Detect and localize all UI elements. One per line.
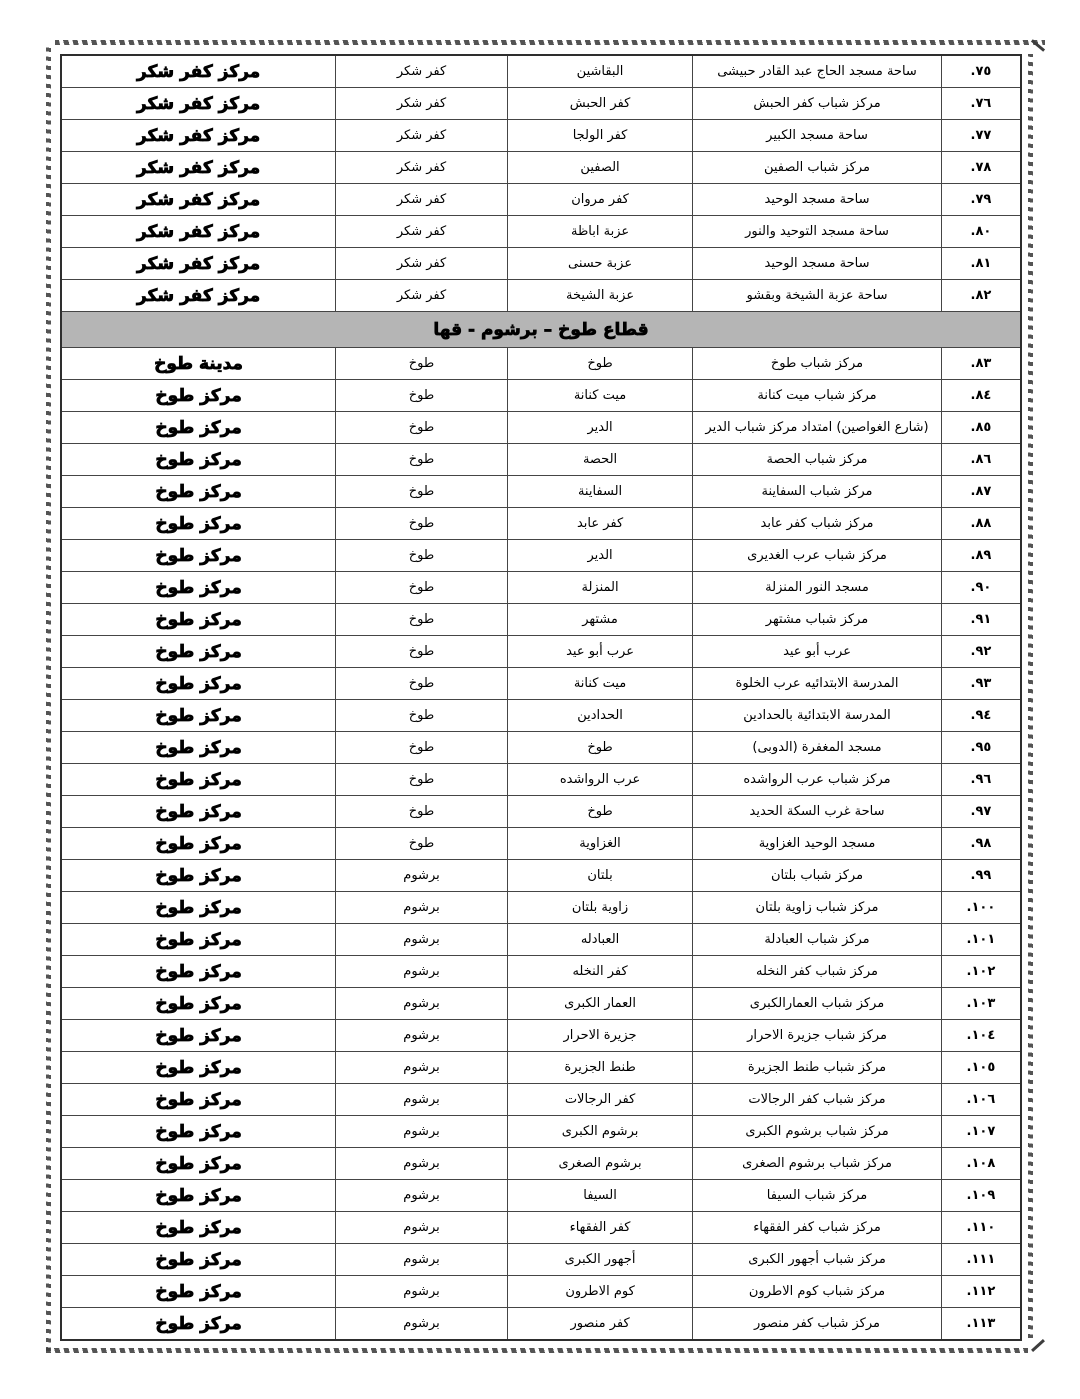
- cell-venue: مركز شباب جزيرة الاحرار: [693, 1020, 942, 1052]
- cell-center: مركز طوخ: [61, 860, 336, 892]
- cell-village: كفر الولجا: [507, 120, 692, 152]
- table-row: ١٠٤.مركز شباب جزيرة الاحرارجزيرة الاحرار…: [61, 1020, 1021, 1052]
- section-header-label: قطاع طوخ – برشوم - قها: [61, 312, 1021, 348]
- table-row: ٧٦.مركز شباب كفر الحبشكفر الحبشكفر شكرمر…: [61, 88, 1021, 120]
- cell-district: طوخ: [336, 476, 508, 508]
- cell-village: عزبة اباظة: [507, 216, 692, 248]
- cell-district: برشوم: [336, 988, 508, 1020]
- frame-border-right: [1028, 54, 1033, 1338]
- cell-village: العمار الكبرى: [507, 988, 692, 1020]
- cell-number: ٨٢.: [941, 280, 1021, 312]
- cell-number: ٨٣.: [941, 348, 1021, 380]
- cell-number: ١٠١.: [941, 924, 1021, 956]
- table-row: ٩٧.ساحة غرب السكة الحديدطوخطوخمركز طوخ: [61, 796, 1021, 828]
- cell-center: مركز طوخ: [61, 1084, 336, 1116]
- cell-village: ميت كنانة: [507, 668, 692, 700]
- table-row: ١٠٥.مركز شباب طنط الجزيرةطنط الجزيرةبرشو…: [61, 1052, 1021, 1084]
- cell-village: الدير: [507, 540, 692, 572]
- cell-village: العبادله: [507, 924, 692, 956]
- table-row: ٨٩.مركز شباب عرب الغديرىالديرطوخمركز طوخ: [61, 540, 1021, 572]
- cell-center: مركز طوخ: [61, 380, 336, 412]
- cell-district: برشوم: [336, 1276, 508, 1308]
- cell-center: مركز طوخ: [61, 924, 336, 956]
- cell-village: عزبة الشيخة: [507, 280, 692, 312]
- cell-number: ١٠٤.: [941, 1020, 1021, 1052]
- cell-village: السفاينة: [507, 476, 692, 508]
- cell-district: برشوم: [336, 924, 508, 956]
- cell-center: مركز كفر شكر: [61, 280, 336, 312]
- cell-number: ١٠٨.: [941, 1148, 1021, 1180]
- polling-centers-table: ٧٥.ساحة مسجد الحاج عبد القادر حبيشىالبقا…: [60, 54, 1022, 1341]
- cell-venue: مركز شباب كوم الاطرون: [693, 1276, 942, 1308]
- cell-district: برشوم: [336, 1020, 508, 1052]
- table-row: ٧٥.ساحة مسجد الحاج عبد القادر حبيشىالبقا…: [61, 55, 1021, 88]
- cell-district: كفر شكر: [336, 152, 508, 184]
- cell-center: مركز طوخ: [61, 956, 336, 988]
- cell-number: ٨٥.: [941, 412, 1021, 444]
- cell-number: ٨٧.: [941, 476, 1021, 508]
- table-row: ٩٤.المدرسة الابتدائية بالحدادينالحدادينط…: [61, 700, 1021, 732]
- cell-district: طوخ: [336, 444, 508, 476]
- cell-number: ١٠٥.: [941, 1052, 1021, 1084]
- cell-center: مركز طوخ: [61, 1052, 336, 1084]
- cell-venue: ساحة مسجد الكبير: [693, 120, 942, 152]
- cell-district: طوخ: [336, 828, 508, 860]
- cell-venue: مركز شباب كفر الحبش: [693, 88, 942, 120]
- cell-district: برشوم: [336, 1180, 508, 1212]
- cell-number: ٩٤.: [941, 700, 1021, 732]
- table-row: ٩٩.مركز شباب بلتانبلتانبرشوممركز طوخ: [61, 860, 1021, 892]
- cell-village: طنط الجزيرة: [507, 1052, 692, 1084]
- cell-district: طوخ: [336, 572, 508, 604]
- cell-number: ٧٩.: [941, 184, 1021, 216]
- cell-center: مركز طوخ: [61, 1212, 336, 1244]
- table-row: ٨١.ساحة مسجد الوحيدعزبة حسنىكفر شكرمركز …: [61, 248, 1021, 280]
- cell-venue: مركز شباب السفاينة: [693, 476, 942, 508]
- cell-center: مركز طوخ: [61, 892, 336, 924]
- cell-district: طوخ: [336, 380, 508, 412]
- cell-village: كفر منصور: [507, 1308, 692, 1341]
- table-row: ٨٠.ساحة مسجد التوحيد والنورعزبة اباظةكفر…: [61, 216, 1021, 248]
- cell-center: مركز طوخ: [61, 1308, 336, 1341]
- table-row: ١٠٢.مركز شباب كفر النخلهكفر النخلهبرشومم…: [61, 956, 1021, 988]
- cell-district: طوخ: [336, 412, 508, 444]
- cell-center: مركز طوخ: [61, 1116, 336, 1148]
- cell-center: مركز طوخ: [61, 1148, 336, 1180]
- cell-district: برشوم: [336, 1244, 508, 1276]
- cell-district: برشوم: [336, 956, 508, 988]
- cell-center: مركز طوخ: [61, 796, 336, 828]
- cell-village: الدير: [507, 412, 692, 444]
- cell-venue: عرب أبو عيد: [693, 636, 942, 668]
- cell-district: طوخ: [336, 700, 508, 732]
- cell-center: مركز طوخ: [61, 412, 336, 444]
- cell-venue: مركز شباب كفر عابد: [693, 508, 942, 540]
- cell-district: طوخ: [336, 764, 508, 796]
- cell-venue: مركز شباب أجهور الكبرى: [693, 1244, 942, 1276]
- cell-number: ٩٦.: [941, 764, 1021, 796]
- cell-number: ٩٧.: [941, 796, 1021, 828]
- cell-district: كفر شكر: [336, 55, 508, 88]
- cell-venue: (شارع الغواصين) امتداد مركز شباب الدير: [693, 412, 942, 444]
- cell-number: ٨١.: [941, 248, 1021, 280]
- cell-number: ٩٠.: [941, 572, 1021, 604]
- cell-village: الغزاوية: [507, 828, 692, 860]
- frame-border-left: [46, 45, 51, 1351]
- cell-number: ٩٥.: [941, 732, 1021, 764]
- cell-venue: مركز شباب السيفا: [693, 1180, 942, 1212]
- cell-district: برشوم: [336, 892, 508, 924]
- table-row: ٧٨.مركز شباب الصفينالصفينكفر شكرمركز كفر…: [61, 152, 1021, 184]
- cell-village: الحدادين: [507, 700, 692, 732]
- cell-center: مركز كفر شكر: [61, 184, 336, 216]
- cell-village: عرب أبو عيد: [507, 636, 692, 668]
- cell-district: طوخ: [336, 796, 508, 828]
- table-row: ١٠٣.مركز شباب العمارالكبرىالعمار الكبرىب…: [61, 988, 1021, 1020]
- cell-venue: مسجد الوحيد الغزاوية: [693, 828, 942, 860]
- table-row: ٩١.مركز شباب مشتهرمشتهرطوخمركز طوخ: [61, 604, 1021, 636]
- cell-center: مركز طوخ: [61, 764, 336, 796]
- cell-venue: مركز شباب كفر منصور: [693, 1308, 942, 1341]
- cell-village: برشوم الصغرى: [507, 1148, 692, 1180]
- cell-center: مركز طوخ: [61, 476, 336, 508]
- cell-venue: ساحة مسجد التوحيد والنور: [693, 216, 942, 248]
- cell-number: ٨٩.: [941, 540, 1021, 572]
- cell-village: كفر الحبش: [507, 88, 692, 120]
- cell-district: برشوم: [336, 860, 508, 892]
- frame-border-top: [55, 40, 1045, 45]
- cell-village: طوخ: [507, 348, 692, 380]
- cell-venue: المدرسة الابتدائيه عرب الخلوة: [693, 668, 942, 700]
- cell-center: مدينة طوخ: [61, 348, 336, 380]
- table-row: ٩٠.مسجد النور المنزلةالمنزلةطوخمركز طوخ: [61, 572, 1021, 604]
- cell-village: الصفين: [507, 152, 692, 184]
- cell-venue: مركز شباب كفر الفقهاء: [693, 1212, 942, 1244]
- cell-village: مشتهر: [507, 604, 692, 636]
- cell-number: ٩٨.: [941, 828, 1021, 860]
- cell-number: ٨٤.: [941, 380, 1021, 412]
- cell-village: السيفا: [507, 1180, 692, 1212]
- cell-district: برشوم: [336, 1084, 508, 1116]
- cell-venue: مركز شباب مشتهر: [693, 604, 942, 636]
- cell-venue: مركز شباب برشوم الصغرى: [693, 1148, 942, 1180]
- cell-number: ١٠٩.: [941, 1180, 1021, 1212]
- cell-center: مركز كفر شكر: [61, 55, 336, 88]
- table-row: ١٠٩.مركز شباب السيفاالسيفابرشوممركز طوخ: [61, 1180, 1021, 1212]
- table-row: ٩٣.المدرسة الابتدائيه عرب الخلوةميت كنان…: [61, 668, 1021, 700]
- cell-district: طوخ: [336, 732, 508, 764]
- cell-number: ٧٥.: [941, 55, 1021, 88]
- table-row: ١١٠.مركز شباب كفر الفقهاءكفر الفقهاءبرشو…: [61, 1212, 1021, 1244]
- cell-center: مركز طوخ: [61, 828, 336, 860]
- cell-village: برشوم الكبرى: [507, 1116, 692, 1148]
- cell-village: الحصة: [507, 444, 692, 476]
- table-row: ١٠١.مركز شباب العبادلةالعبادلهبرشوممركز …: [61, 924, 1021, 956]
- table-row: ٨٢.ساحة عزبة الشيخة وبقشوعزبة الشيخةكفر …: [61, 280, 1021, 312]
- cell-center: مركز طوخ: [61, 572, 336, 604]
- frame-corner-bottom-right: [1031, 1339, 1045, 1352]
- cell-venue: المدرسة الابتدائية بالحدادين: [693, 700, 942, 732]
- cell-center: مركز كفر شكر: [61, 152, 336, 184]
- cell-number: ٧٨.: [941, 152, 1021, 184]
- cell-number: ١١٠.: [941, 1212, 1021, 1244]
- cell-number: ١٠٢.: [941, 956, 1021, 988]
- table-row: ٨٥.(شارع الغواصين) امتداد مركز شباب الدي…: [61, 412, 1021, 444]
- table-row: ٨٤.مركز شباب ميت كنانةميت كنانةطوخمركز ط…: [61, 380, 1021, 412]
- cell-center: مركز كفر شكر: [61, 216, 336, 248]
- frame-border-bottom: [46, 1348, 1028, 1353]
- cell-number: ٧٦.: [941, 88, 1021, 120]
- cell-number: ١٠٦.: [941, 1084, 1021, 1116]
- cell-venue: مركز شباب كفر النخله: [693, 956, 942, 988]
- table-row: ١١٣.مركز شباب كفر منصوركفر منصوربرشوممرك…: [61, 1308, 1021, 1341]
- cell-district: برشوم: [336, 1212, 508, 1244]
- cell-center: مركز طوخ: [61, 1020, 336, 1052]
- cell-village: كفر الرجالات: [507, 1084, 692, 1116]
- table-row: ٨٦.مركز شباب الحصةالحصةطوخمركز طوخ: [61, 444, 1021, 476]
- cell-village: زاوية بلتان: [507, 892, 692, 924]
- scanned-document-page: { "styles": { "section_header_bg": "#b5b…: [0, 0, 1080, 1399]
- table-row: ١٠٧.مركز شباب برشوم الكبرىبرشوم الكبرىبر…: [61, 1116, 1021, 1148]
- table-row: ٨٣.مركز شباب طوخطوخطوخمدينة طوخ: [61, 348, 1021, 380]
- table-row: ١١٢.مركز شباب كوم الاطرونكوم الاطرونبرشو…: [61, 1276, 1021, 1308]
- table-row: ٩٥.مسجد المغفرة (الدوبى)طوخطوخمركز طوخ: [61, 732, 1021, 764]
- cell-village: عرب الرواشده: [507, 764, 692, 796]
- cell-district: طوخ: [336, 636, 508, 668]
- cell-center: مركز طوخ: [61, 668, 336, 700]
- table-row: ٧٧.ساحة مسجد الكبيركفر الولجاكفر شكرمركز…: [61, 120, 1021, 152]
- cell-village: طوخ: [507, 796, 692, 828]
- cell-village: بلتان: [507, 860, 692, 892]
- cell-number: ٧٧.: [941, 120, 1021, 152]
- cell-number: ١٠٠.: [941, 892, 1021, 924]
- cell-district: كفر شكر: [336, 120, 508, 152]
- cell-village: كفر الفقهاء: [507, 1212, 692, 1244]
- cell-center: مركز طوخ: [61, 508, 336, 540]
- table-row: ٩٢.عرب أبو عيدعرب أبو عيدطوخمركز طوخ: [61, 636, 1021, 668]
- cell-venue: ساحة مسجد الوحيد: [693, 248, 942, 280]
- cell-district: طوخ: [336, 508, 508, 540]
- cell-number: ٩١.: [941, 604, 1021, 636]
- cell-district: طوخ: [336, 604, 508, 636]
- cell-center: مركز طوخ: [61, 604, 336, 636]
- cell-venue: مسجد النور المنزلة: [693, 572, 942, 604]
- table-row: ١٠٨.مركز شباب برشوم الصغرىبرشوم الصغرىبر…: [61, 1148, 1021, 1180]
- table-row: ١٠٦.مركز شباب كفر الرجالاتكفر الرجالاتبر…: [61, 1084, 1021, 1116]
- cell-village: كفر مروان: [507, 184, 692, 216]
- cell-venue: مركز شباب بلتان: [693, 860, 942, 892]
- cell-district: طوخ: [336, 348, 508, 380]
- cell-venue: مركز شباب العبادلة: [693, 924, 942, 956]
- cell-venue: ساحة غرب السكة الحديد: [693, 796, 942, 828]
- cell-center: مركز كفر شكر: [61, 120, 336, 152]
- cell-number: ٨٠.: [941, 216, 1021, 248]
- cell-district: برشوم: [336, 1148, 508, 1180]
- cell-district: كفر شكر: [336, 280, 508, 312]
- cell-venue: مركز شباب طنط الجزيرة: [693, 1052, 942, 1084]
- cell-center: مركز كفر شكر: [61, 88, 336, 120]
- cell-center: مركز طوخ: [61, 1180, 336, 1212]
- section-header-row: قطاع طوخ – برشوم - قها: [61, 312, 1021, 348]
- cell-center: مركز طوخ: [61, 1244, 336, 1276]
- cell-district: كفر شكر: [336, 88, 508, 120]
- cell-venue: مركز شباب طوخ: [693, 348, 942, 380]
- cell-venue: مركز شباب الصفين: [693, 152, 942, 184]
- table-row: ٩٦.مركز شباب عرب الرواشدهعرب الرواشدهطوخ…: [61, 764, 1021, 796]
- cell-center: مركز طوخ: [61, 1276, 336, 1308]
- cell-venue: مركز شباب العمارالكبرى: [693, 988, 942, 1020]
- cell-district: برشوم: [336, 1052, 508, 1084]
- cell-center: مركز طوخ: [61, 636, 336, 668]
- cell-village: كفر عابد: [507, 508, 692, 540]
- table-row: ٧٩.ساحة مسجد الوحيدكفر مروانكفر شكرمركز …: [61, 184, 1021, 216]
- cell-district: طوخ: [336, 668, 508, 700]
- cell-village: جزيرة الاحرار: [507, 1020, 692, 1052]
- cell-center: مركز طوخ: [61, 444, 336, 476]
- table-row: ١٠٠.مركز شباب زاوية بلتانزاوية بلتانبرشو…: [61, 892, 1021, 924]
- roster-table-body: ٧٥.ساحة مسجد الحاج عبد القادر حبيشىالبقا…: [61, 55, 1021, 1340]
- cell-venue: مركز شباب كفر الرجالات: [693, 1084, 942, 1116]
- cell-number: ١٠٣.: [941, 988, 1021, 1020]
- cell-number: ٩٩.: [941, 860, 1021, 892]
- cell-number: ١١١.: [941, 1244, 1021, 1276]
- cell-number: ١١٢.: [941, 1276, 1021, 1308]
- cell-number: ٩٣.: [941, 668, 1021, 700]
- cell-venue: مركز شباب الحصة: [693, 444, 942, 476]
- cell-village: كوم الاطرون: [507, 1276, 692, 1308]
- cell-district: طوخ: [336, 540, 508, 572]
- cell-district: كفر شكر: [336, 248, 508, 280]
- cell-center: مركز طوخ: [61, 540, 336, 572]
- cell-district: برشوم: [336, 1308, 508, 1341]
- table-row: ١١١.مركز شباب أجهور الكبرىأجهور الكبرىبر…: [61, 1244, 1021, 1276]
- cell-center: مركز طوخ: [61, 732, 336, 764]
- cell-venue: ساحة عزبة الشيخة وبقشو: [693, 280, 942, 312]
- cell-number: ١٠٧.: [941, 1116, 1021, 1148]
- cell-village: ميت كنانة: [507, 380, 692, 412]
- cell-district: كفر شكر: [336, 216, 508, 248]
- cell-venue: مركز شباب عرب الرواشده: [693, 764, 942, 796]
- cell-center: مركز طوخ: [61, 700, 336, 732]
- cell-district: برشوم: [336, 1116, 508, 1148]
- cell-center: مركز كفر شكر: [61, 248, 336, 280]
- table-row: ٨٨.مركز شباب كفر عابدكفر عابدطوخمركز طوخ: [61, 508, 1021, 540]
- cell-venue: مركز شباب زاوية بلتان: [693, 892, 942, 924]
- cell-center: مركز طوخ: [61, 988, 336, 1020]
- cell-village: عزبة حسنى: [507, 248, 692, 280]
- cell-village: البقاشين: [507, 55, 692, 88]
- cell-venue: مسجد المغفرة (الدوبى): [693, 732, 942, 764]
- cell-venue: مركز شباب برشوم الكبرى: [693, 1116, 942, 1148]
- cell-number: ٨٦.: [941, 444, 1021, 476]
- table-row: ٩٨.مسجد الوحيد الغزاويةالغزاويةطوخمركز ط…: [61, 828, 1021, 860]
- cell-village: المنزلة: [507, 572, 692, 604]
- cell-venue: مركز شباب ميت كنانة: [693, 380, 942, 412]
- cell-village: أجهور الكبرى: [507, 1244, 692, 1276]
- cell-venue: مركز شباب عرب الغديرى: [693, 540, 942, 572]
- table-row: ٨٧.مركز شباب السفاينةالسفاينةطوخمركز طوخ: [61, 476, 1021, 508]
- cell-venue: ساحة مسجد الحاج عبد القادر حبيشى: [693, 55, 942, 88]
- cell-number: ١١٣.: [941, 1308, 1021, 1341]
- cell-district: كفر شكر: [336, 184, 508, 216]
- cell-village: طوخ: [507, 732, 692, 764]
- cell-number: ٨٨.: [941, 508, 1021, 540]
- cell-venue: ساحة مسجد الوحيد: [693, 184, 942, 216]
- cell-village: كفر النخله: [507, 956, 692, 988]
- cell-number: ٩٢.: [941, 636, 1021, 668]
